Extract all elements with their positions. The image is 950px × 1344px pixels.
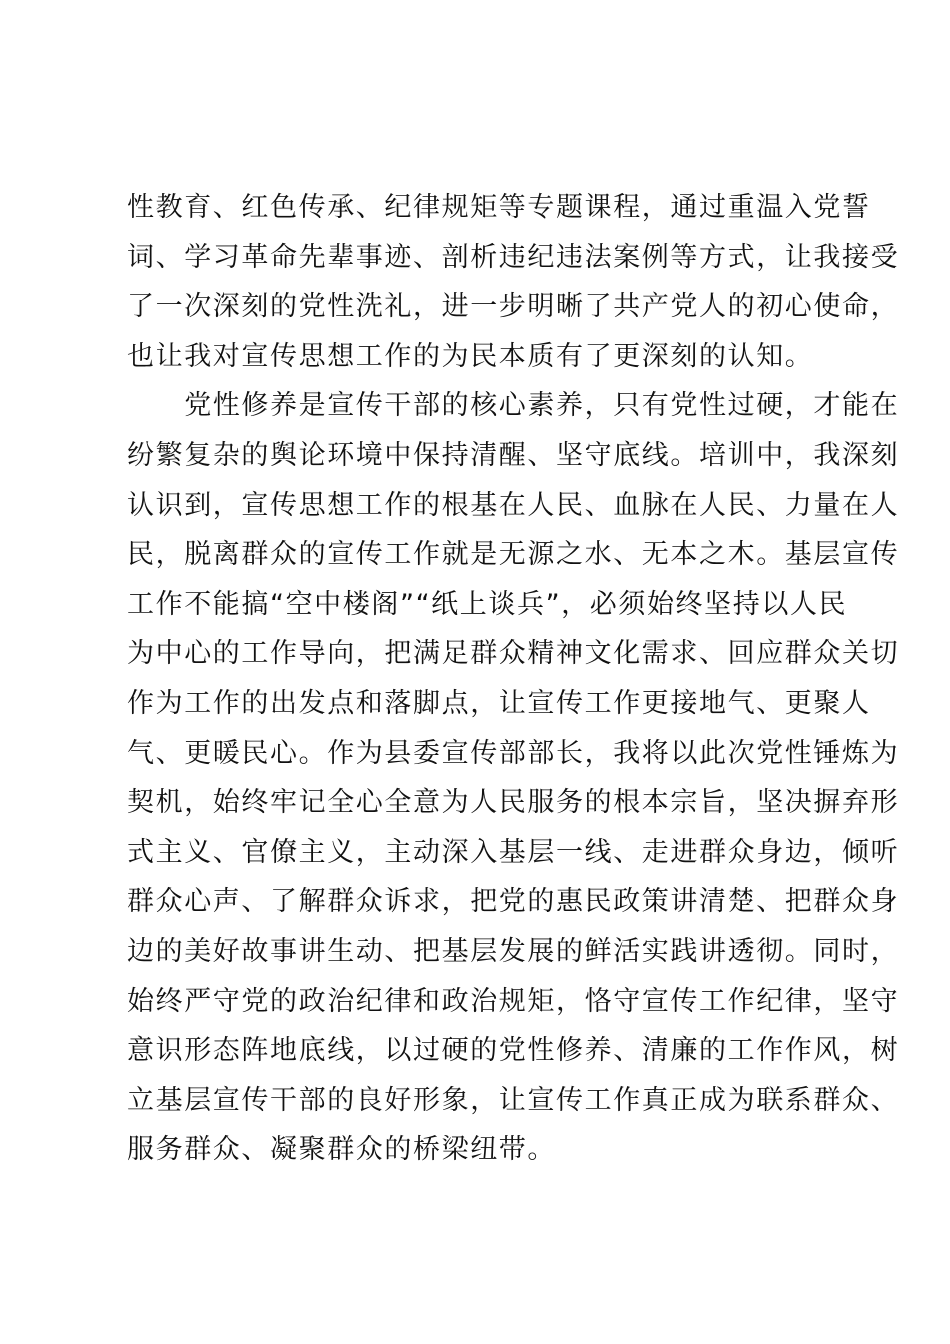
text-line: 边的美好故事讲生动、把基层发展的鲜活实践讲透彻。同时， bbox=[127, 927, 847, 977]
text-line: 了一次深刻的党性洗礼，进一步明晰了共产党人的初心使命， bbox=[127, 282, 847, 332]
text-line: 式主义、官僚主义，主动深入基层一线、走进群众身边，倾听 bbox=[127, 828, 847, 878]
text-line: 也让我对宣传思想工作的为民本质有了更深刻的认知。 bbox=[127, 332, 847, 382]
text-line: 气、更暖民心。作为县委宣传部部长，我将以此次党性锤炼为 bbox=[127, 729, 847, 779]
text-line: 群众心声、了解群众诉求，把党的惠民政策讲清楚、把群众身 bbox=[127, 877, 847, 927]
text-line: 认识到，宣传思想工作的根基在人民、血脉在人民、力量在人 bbox=[127, 481, 847, 531]
text-line: 立基层宣传干部的良好形象，让宣传工作真正成为联系群众、 bbox=[127, 1076, 847, 1126]
text-line: 党性修养是宣传干部的核心素养，只有党性过硬，才能在 bbox=[127, 381, 847, 431]
text-line: 词、学习革命先辈事迹、剖析违纪违法案例等方式，让我接受 bbox=[127, 233, 847, 283]
paragraph-2: 党性修养是宣传干部的核心素养，只有党性过硬，才能在 纷繁复杂的舆论环境中保持清醒… bbox=[127, 381, 847, 1175]
text-line: 纷繁复杂的舆论环境中保持清醒、坚守底线。培训中，我深刻 bbox=[127, 431, 847, 481]
text-line: 作为工作的出发点和落脚点，让宣传工作更接地气、更聚人 bbox=[127, 679, 847, 729]
text-line: 性教育、红色传承、纪律规矩等专题课程，通过重温入党誓 bbox=[127, 183, 847, 233]
text-line: 契机，始终牢记全心全意为人民服务的根本宗旨，坚决摒弃形 bbox=[127, 778, 847, 828]
text-line: 意识形态阵地底线，以过硬的党性修养、清廉的工作作风，树 bbox=[127, 1026, 847, 1076]
text-line: 始终严守党的政治纪律和政治规矩，恪守宣传工作纪律，坚守 bbox=[127, 977, 847, 1027]
text-line: 工作不能搞“空中楼阁”“纸上谈兵”，必须始终坚持以人民 bbox=[127, 580, 847, 630]
paragraph-1: 性教育、红色传承、纪律规矩等专题课程，通过重温入党誓 词、学习革命先辈事迹、剖析… bbox=[127, 183, 847, 381]
text-line: 为中心的工作导向，把满足群众精神文化需求、回应群众关切 bbox=[127, 629, 847, 679]
document-page: 性教育、红色传承、纪律规矩等专题课程，通过重温入党誓 词、学习革命先辈事迹、剖析… bbox=[0, 0, 950, 1344]
document-body: 性教育、红色传承、纪律规矩等专题课程，通过重温入党誓 词、学习革命先辈事迹、剖析… bbox=[127, 183, 847, 1175]
text-line: 服务群众、凝聚群众的桥梁纽带。 bbox=[127, 1125, 847, 1175]
text-line: 民，脱离群众的宣传工作就是无源之水、无本之木。基层宣传 bbox=[127, 530, 847, 580]
